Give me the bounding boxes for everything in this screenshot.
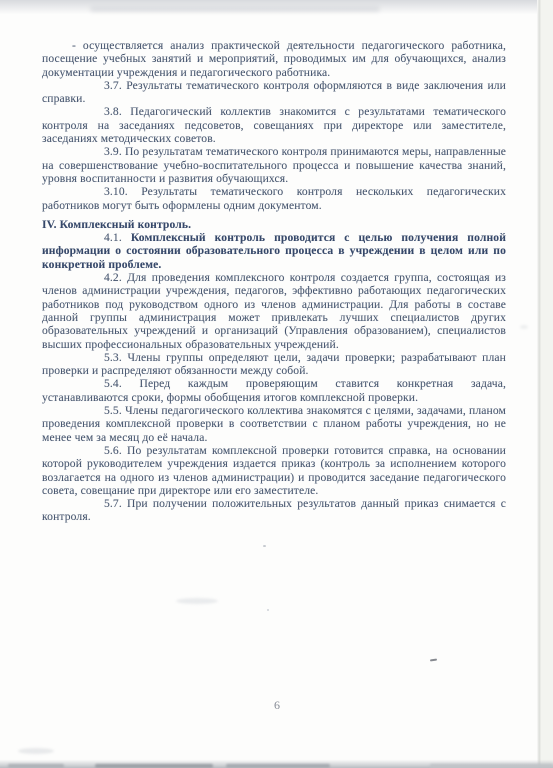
paragraph-number: 3.8. [104,105,130,118]
scan-speck [267,609,269,611]
paragraph-number: 5.5. [104,404,125,417]
paragraph: 3.8. Педагогический коллектив знакомится… [42,105,506,145]
paragraph-number: 5.7. [104,497,127,510]
scan-smudge [520,325,528,329]
scanned-page: - осуществляется анализ практической дея… [0,0,553,768]
scan-speck [263,545,266,547]
scanner-background [541,0,553,768]
paragraph: 5.4. Перед каждым проверяющим ставится к… [42,377,506,404]
paragraph: 3.7. Результаты тематического контроля о… [42,79,506,106]
paragraph: 5.5. Члены педагогического коллектива зн… [42,404,506,444]
scan-top-shadow-dark [90,6,380,12]
paragraph-number: 3.7. [104,79,126,92]
scan-bottom-shadow-segment [430,764,553,768]
paragraph-number: 3.10. [104,185,141,198]
paragraph-number: 4.2. [104,271,127,284]
paragraph: 4.2. Для проведения комплексного контрол… [42,271,506,351]
paragraph: 5.7. При получении положительных результ… [42,497,506,524]
paragraph: - осуществляется анализ практической дея… [42,39,506,79]
paragraph-number: 5.4. [104,377,139,390]
section-heading: IV. Комплексный контроль. [42,218,506,231]
scan-artifact-dash [430,659,437,662]
scan-smudge [176,598,218,604]
scan-bottom-shadow-segment [226,764,330,768]
paragraph: 3.9. По результатам тематического контро… [42,145,506,185]
paragraph-number: 4.1. [104,231,131,244]
document-text: - осуществляется анализ практической дея… [42,39,506,524]
paragraph: 5.3. Члены группы определяют цели, задач… [42,351,506,378]
scan-bottom-shadow-segment [95,764,213,768]
paragraph: 3.10. Результаты тематического контроля … [42,185,506,212]
paragraph: 4.1. Комплексный контроль проводится с ц… [42,231,506,271]
scan-bottom-shadow-segment [8,764,64,768]
paragraph-number: 5.3. [104,351,127,364]
paragraph-number: 5.6. [104,444,127,457]
page-number: 6 [274,698,281,713]
paragraph: 5.6. По результатам комплексной проверки… [42,444,506,497]
paragraph-number: 3.9. [104,145,125,158]
scan-smudge [18,748,54,754]
